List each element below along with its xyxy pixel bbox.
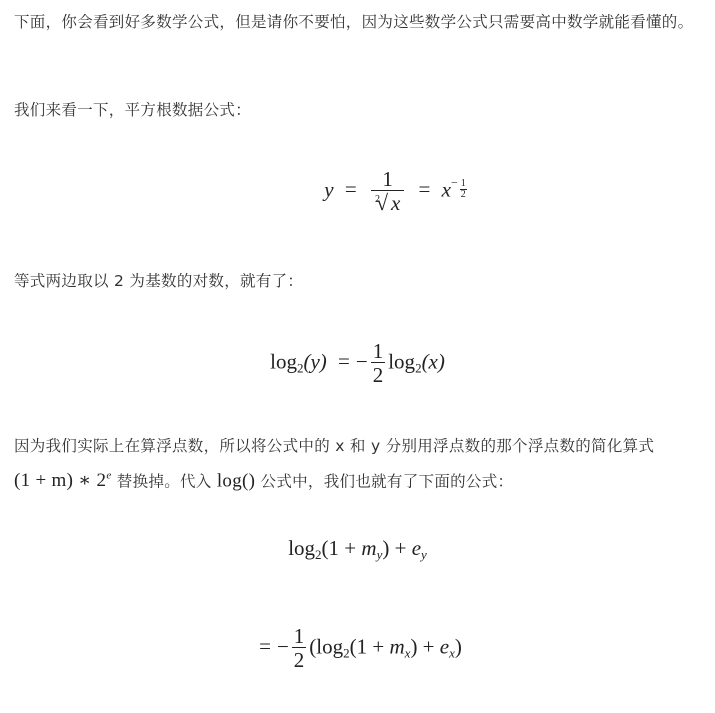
denominator: 2 √ x: [371, 190, 404, 215]
float-intro-text-c: 公式中，我们也就有了下面的公式：: [261, 472, 514, 490]
fraction: 12: [292, 625, 307, 672]
float-form-math: (1 + m) ∗ 2e: [14, 470, 112, 491]
intro-paragraph: 下面，你会看到好多数学公式，但是请你不要怕，因为这些数学公式只需要高中数学就能看…: [14, 7, 704, 37]
formula-log: log2(y) =−12log2(x): [0, 340, 715, 387]
radicand: x: [389, 190, 402, 215]
log-fn: log: [270, 349, 297, 373]
float-intro-paragraph: 因为我们实际上在算浮点数，所以将公式中的 x 和 y 分别用浮点数的那个浮点数的…: [14, 431, 704, 496]
log-arg: (y): [303, 349, 326, 373]
formula-float-rhs: =−12(log2(1 + mx) + ex): [0, 625, 715, 672]
numerator: 1: [371, 340, 386, 362]
exponent: e: [440, 634, 449, 658]
equals: =: [253, 634, 277, 658]
numerator: 1: [371, 168, 404, 190]
minus: −: [356, 349, 368, 373]
paren-close: ) +: [410, 634, 439, 658]
float-form: (1 + m) ∗ 2: [14, 470, 106, 491]
exponent-sub: y: [421, 547, 427, 562]
paren-close: ) +: [382, 536, 411, 560]
exponent: e: [412, 536, 421, 560]
fraction: 1 2 √ x: [371, 168, 404, 215]
float-intro-text-b: 替换掉。代入: [117, 472, 212, 490]
float-intro-text-a: 因为我们实际上在算浮点数，所以将公式中的 x 和 y 分别用浮点数的那个浮点数的…: [14, 437, 654, 455]
sqrt-intro-text: 我们来看一下，平方根数据公式：: [14, 101, 251, 119]
mantissa: m: [389, 634, 404, 658]
exp-sign: −: [451, 175, 458, 189]
log-intro-paragraph: 等式两边取以 2 为基数的对数，就有了：: [14, 266, 704, 296]
log-fn: log: [388, 349, 415, 373]
log-arg: (x): [422, 349, 445, 373]
fraction: 12: [371, 340, 386, 387]
exp-den: 2: [461, 190, 466, 200]
paren-open: (1 +: [322, 536, 362, 560]
var-y: y: [324, 177, 333, 201]
minus: −: [277, 634, 289, 658]
inner-open: (1 +: [350, 634, 390, 658]
mantissa: m: [361, 536, 376, 560]
float-exp: e: [106, 470, 111, 482]
log-fn: log: [316, 634, 343, 658]
log-fn-inline: log(): [217, 470, 255, 491]
denominator: 2: [292, 647, 307, 672]
formula-sqrt: y = 1 2 √ x = x−12: [38, 168, 715, 215]
radical: 2 √ x: [373, 191, 402, 215]
intro-text: 下面，你会看到好多数学公式，但是请你不要怕，因为这些数学公式只需要高中数学就能看…: [14, 13, 693, 31]
numerator: 1: [292, 625, 307, 647]
equals: =: [413, 177, 437, 201]
equals: =: [332, 349, 356, 373]
log-fn: log: [288, 536, 315, 560]
formula-float-lhs: log2(1 + my) + ey: [0, 536, 715, 563]
base-x: x: [442, 177, 451, 201]
sqrt-intro-paragraph: 我们来看一下，平方根数据公式：: [14, 95, 704, 125]
denominator: 2: [371, 362, 386, 387]
log-intro-text: 等式两边取以 2 为基数的对数，就有了：: [14, 272, 303, 290]
exponent-fraction: 12: [460, 179, 467, 200]
radical-sign-icon: √: [376, 191, 388, 215]
paren-end: ): [455, 634, 462, 658]
equals: =: [339, 177, 363, 201]
